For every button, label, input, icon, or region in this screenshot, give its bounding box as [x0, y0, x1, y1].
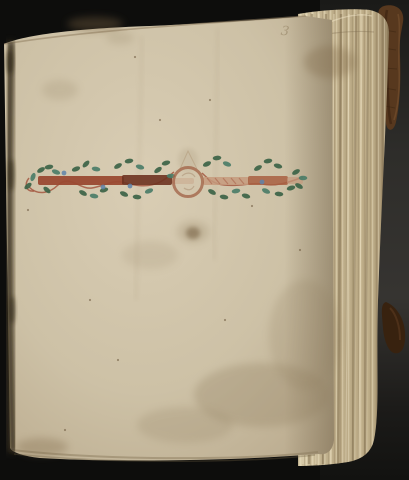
speckle	[209, 99, 211, 101]
blue-berry	[101, 185, 106, 190]
speckle	[134, 56, 136, 58]
stain	[106, 32, 134, 44]
speckle	[224, 319, 226, 321]
bar-segment	[248, 176, 288, 185]
bar-segment	[122, 175, 172, 185]
leaf	[299, 176, 308, 181]
speckle	[251, 205, 253, 207]
stain	[269, 280, 341, 390]
speckle	[27, 209, 29, 211]
speckle	[159, 119, 161, 121]
stain	[304, 46, 356, 78]
speckle	[299, 249, 301, 251]
stain	[16, 438, 68, 456]
blue-berry	[62, 171, 67, 176]
blue-berry	[128, 184, 133, 189]
bar-segment	[38, 176, 124, 185]
stain	[177, 221, 209, 243]
blue-berry	[260, 180, 265, 185]
gutter-crease	[7, 42, 15, 452]
manuscript-photograph: 3	[0, 0, 409, 480]
stain	[122, 241, 178, 269]
speckle	[64, 429, 66, 431]
stain	[42, 80, 78, 100]
book-photo: 3	[0, 0, 409, 480]
speckle	[89, 299, 91, 301]
stain	[137, 407, 233, 443]
speckle	[117, 359, 119, 361]
stain	[67, 17, 123, 31]
